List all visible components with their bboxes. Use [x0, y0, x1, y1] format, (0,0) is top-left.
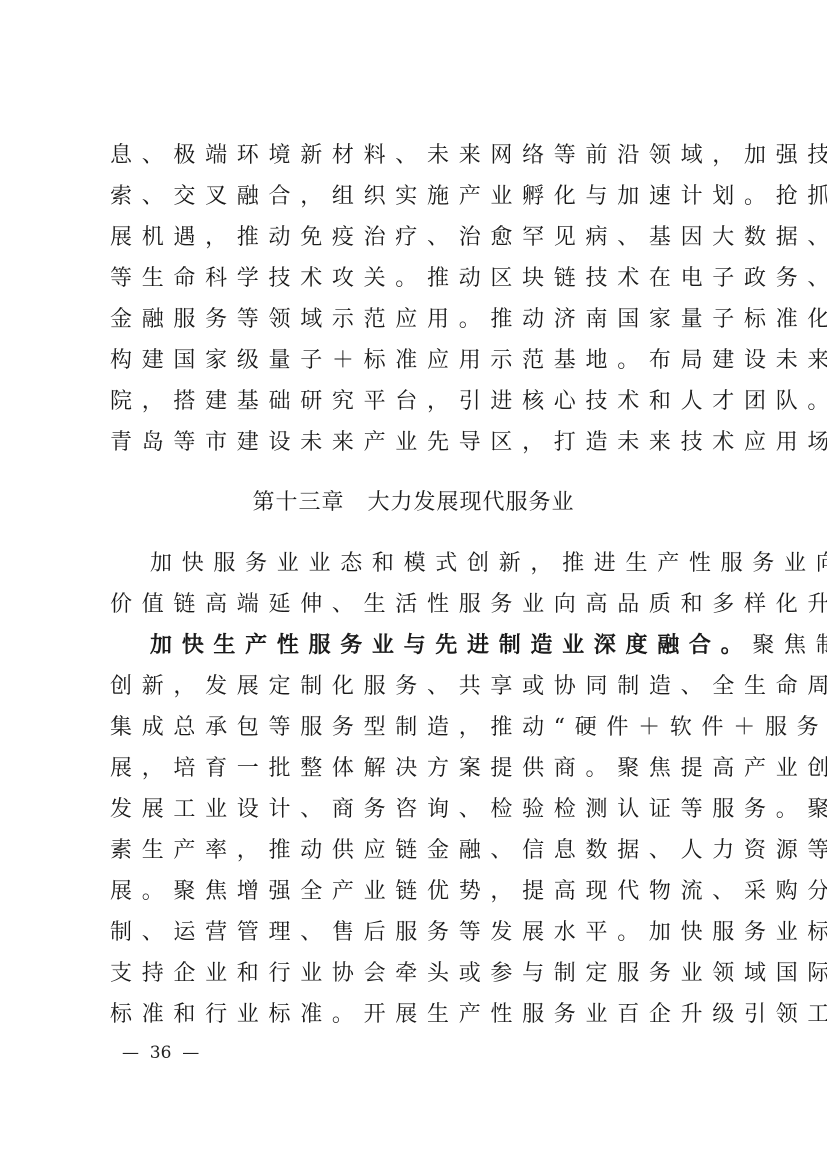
body-text-line: 等生命科学技术攻关。推动区块链技术在电子政务、智慧物流、 — [110, 258, 716, 299]
body-text-line: 素生产率，推动供应链金融、信息数据、人力资源等服务创新发 — [110, 830, 716, 871]
body-text-line: 展，培育一批整体解决方案提供商。聚焦提高产业创新力，加快 — [110, 748, 716, 789]
body-text-line: 索、交叉融合，组织实施产业孵化与加速计划。抢抓生物技术发 — [110, 176, 716, 217]
body-text-line: 金融服务等领域示范应用。推动济南国家量子标准化平台建设， — [110, 299, 716, 340]
body-text-line: 加快服务业业态和模式创新，推进生产性服务业向专业化和 — [150, 543, 716, 584]
page-number: — 36 — — [122, 1040, 199, 1066]
body-text-line: 创新，发展定制化服务、共享或协同制造、全生命周期管理、总 — [110, 666, 716, 707]
body-text-line: 构建国家级量子＋标准应用示范基地。布局建设未来产业研究 — [110, 340, 716, 381]
body-text-line: 展。聚焦增强全产业链优势，提高现代物流、采购分销、生产控 — [110, 871, 716, 912]
body-text-line: 青岛等市建设未来产业先导区，打造未来技术应用场景。 — [110, 422, 716, 463]
body-text-line: 展机遇，推动免疫治疗、治愈罕见病、基因大数据、合成生物学 — [110, 217, 716, 258]
body-text-line: 发展工业设计、商务咨询、检验检测认证等服务。聚焦提高全要 — [110, 789, 716, 830]
chapter-heading: 第十三章 大力发展现代服务业 — [0, 483, 827, 523]
body-text-line: 标准和行业标准。开展生产性服务业百企升级引领工程，创建国 — [110, 994, 716, 1035]
body-text-line: 价值链高端延伸、生活性服务业向高品质和多样化升级。 — [110, 584, 716, 625]
body-text-line: 集成总承包等服务型制造，推动“硬件＋软件＋服务”一体化发 — [110, 707, 716, 748]
paragraph-lead-bold: 加快生产性服务业与先进制造业深度融合。 — [150, 632, 752, 658]
body-text-line: 息、极端环境新材料、未来网络等前沿领域，加强技术多路径探 — [110, 135, 716, 176]
paragraph-lead-rest: 聚焦制造业模式 — [752, 633, 827, 658]
paragraph-lead-line: 加快生产性服务业与先进制造业深度融合。聚焦制造业模式 — [150, 625, 716, 666]
body-text-line: 制、运营管理、售后服务等发展水平。加快服务业标准化进程， — [110, 912, 716, 953]
body-text-line: 支持企业和行业协会牵头或参与制定服务业领域国际标准、国家 — [110, 953, 716, 994]
body-text-line: 院，搭建基础研究平台，引进核心技术和人才团队。支持济南、 — [110, 381, 716, 422]
